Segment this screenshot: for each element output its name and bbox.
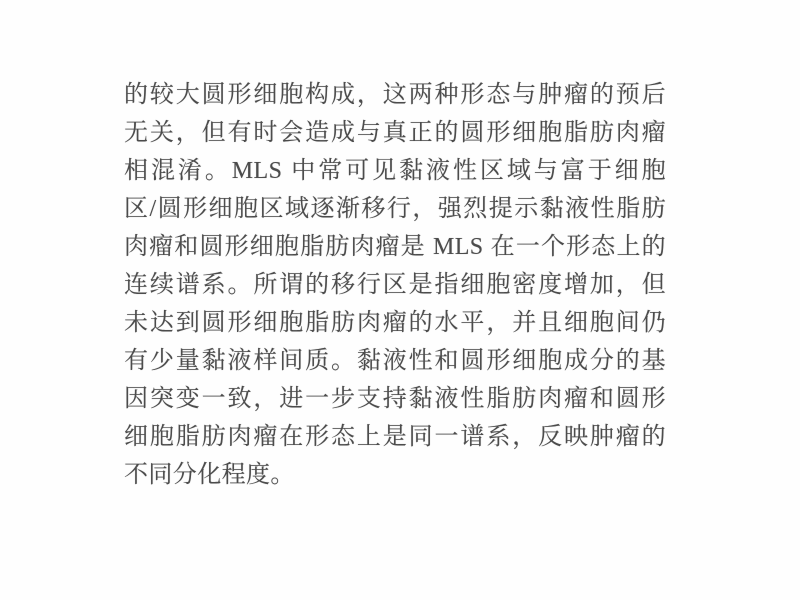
text-line: 不同分化程度。	[124, 456, 666, 494]
text-line: 连续谱系。所谓的移行区是指细胞密度增加，但	[124, 266, 666, 304]
paragraph-text-block: 的较大圆形细胞构成，这两种形态与肿瘤的预后 无关，但有时会造成与真正的圆形细胞脂…	[124, 76, 666, 494]
text-line: 细胞脂肪肉瘤在形态上是同一谱系，反映肿瘤的	[124, 418, 666, 456]
text-line: 未达到圆形细胞脂肪肉瘤的水平，并且细胞间仍	[124, 304, 666, 342]
text-line: 的较大圆形细胞构成，这两种形态与肿瘤的预后	[124, 76, 666, 114]
text-line: 因突变一致，进一步支持黏液性脂肪肉瘤和圆形	[124, 380, 666, 418]
text-line: 相混淆。MLS 中常可见黏液性区域与富于细胞	[124, 152, 666, 190]
text-line: 区/圆形细胞区域逐渐移行，强烈提示黏液性脂肪	[124, 190, 666, 228]
text-line: 有少量黏液样间质。黏液性和圆形细胞成分的基	[124, 342, 666, 380]
scanned-document-page: 的较大圆形细胞构成，这两种形态与肿瘤的预后 无关，但有时会造成与真正的圆形细胞脂…	[0, 0, 800, 600]
text-line: 肉瘤和圆形细胞脂肪肉瘤是 MLS 在一个形态上的	[124, 228, 666, 266]
text-line: 无关，但有时会造成与真正的圆形细胞脂肪肉瘤	[124, 114, 666, 152]
